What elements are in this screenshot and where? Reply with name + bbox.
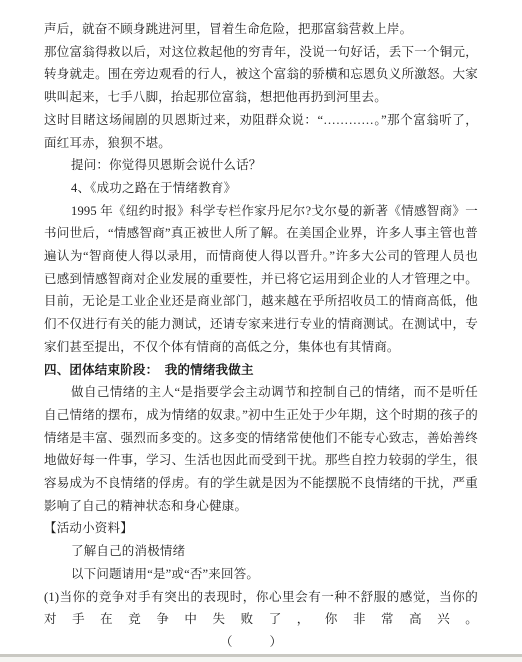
paragraph-rich-man-reaction: 那位富翁得救以后，对这位救起他的穷青年，没说一句好话，丢下一个铜元，转身就走。围…: [44, 41, 478, 109]
paragraph-know-negative-emotions-title: 了解自己的消极情绪: [44, 540, 478, 563]
question-item-1: (1)当你的竞争对手有突出的表现时，你心里会有一种不舒服的感觉，当你的对手在竞争…: [44, 586, 478, 654]
question-item-1-text: (1)当你的竞争对手有突出的表现时，你心里会有一种不舒服的感觉，当你的对手在竞争…: [44, 590, 478, 627]
paragraph-master-of-emotions: 做自己情绪的主人“是指要学会主动调节和控制自己的情绪，而不是听任自己情绪的摆布，…: [44, 381, 478, 517]
section-heading-group-closing-stage: 四、团体结束阶段： 我的情绪我做主: [44, 359, 478, 382]
paragraph-discussion-question: 提问：你觉得贝恩斯会说什么话？: [44, 154, 478, 177]
page-bottom-edge-area: [0, 657, 522, 662]
paragraph-item-4-title: 4、《成功之路在于情绪教育》: [44, 177, 478, 200]
paragraph-emotional-intelligence: 1995 年《纽约时报》科学专栏作家丹尼尔?戈尔曼的新著《情感智商》一书问世后，…: [44, 200, 478, 359]
paragraph-bernes-intervention: 这时目睹这场闹剧的贝恩斯过来，劝阻群众说：“…………。”那个富翁听了，面红耳赤，…: [44, 109, 478, 154]
activity-material-label: 【活动小资料】: [44, 517, 478, 540]
paragraph-yes-no-instruction: 以下问题请用“是”或“否”来回答。: [44, 563, 478, 586]
answer-blank: （ ）: [220, 631, 286, 654]
paragraph-rescue-continuation: 声后，就奋不顾身跳进河里，冒着生命危险，把那富翁营救上岸。: [44, 18, 478, 41]
document-page: 声后，就奋不顾身跳进河里，冒着生命危险，把那富翁营救上岸。 那位富翁得救以后，对…: [0, 0, 522, 654]
